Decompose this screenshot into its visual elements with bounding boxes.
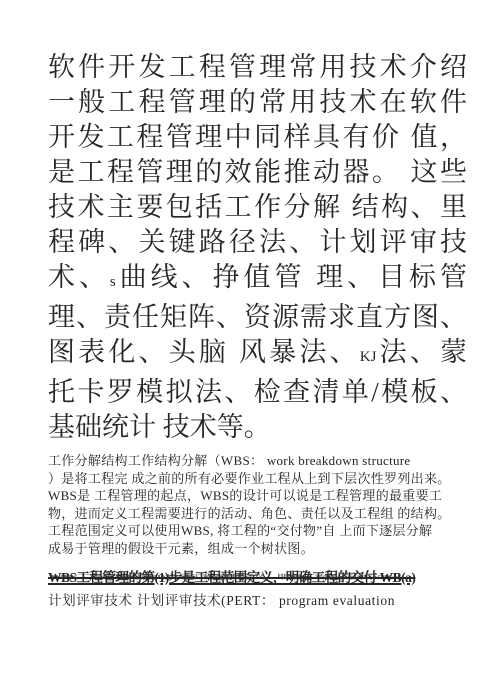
body-line: 物，进而定义工程需要进行的活动、角色、责任以及工程组 的结构。 (48, 505, 474, 523)
headline-text: 软件开发工程管理常用技术介绍 (48, 52, 467, 82)
headline-text: 程碑、关键路径法、计划评审技 (48, 227, 467, 257)
headline-latin-text: KJ (360, 349, 377, 365)
body-line: 工程范围定义可以使用WBS, 将工程的“交付物”自 上而下逐层分解 (48, 522, 474, 540)
headline-text: 托卡罗模拟法、检查清单/模板、 (48, 377, 467, 407)
headline-line: 软件开发工程管理常用技术介绍 (48, 50, 467, 85)
headline-line: 是工程管理的效能推动器。 这些 (48, 155, 467, 190)
headline-text: 一般工程管理的常用技术在软件 (48, 87, 467, 117)
wbs-paragraph: 工作分解结构工作结构分解（WBS： work breakdown structu… (48, 452, 474, 558)
headline-line: 术、s曲线、挣值管 理、目标管 (48, 260, 467, 300)
headline-paragraph: 软件开发工程管理常用技术介绍 一般工程管理的常用技术在软件 开发工程管理中同样具… (48, 50, 467, 445)
headline-text: 技术主要包括工作分解 结构、里 (48, 192, 467, 222)
headline-line: 基础统计 技术等。 (48, 410, 467, 445)
overstruck-ghost-text: WBS工程管理的第(1)步是工程范围定义，明确工程的交付 WB(a) (50, 572, 400, 581)
body-line: WBS是 工程管理的起点，WBS的设计可以说是工程管理的最重要工 (48, 487, 474, 505)
headline-line: 图表化、头脑 风暴法、KJ法、蒙 (48, 335, 467, 375)
document-page: 软件开发工程管理常用技术介绍 一般工程管理的常用技术在软件 开发工程管理中同样具… (0, 0, 500, 678)
body-line: 工作分解结构工作结构分解（WBS： work breakdown structu… (48, 452, 474, 470)
headline-line: 一般工程管理的常用技术在软件 (48, 85, 467, 120)
pert-line: 计划评审技术 计划评审技术(PERT： program evaluation (48, 589, 474, 609)
body-line: 成易于管理的假设干元素，组成一个树状图。 (48, 540, 474, 558)
headline-text: 是工程管理的效能推动器。 这些 (48, 157, 467, 187)
headline-line: 程碑、关键路径法、计划评审技 (48, 225, 467, 260)
headline-text: 理、责任矩阵、资源需求直方图、 (48, 302, 467, 332)
headline-line: 开发工程管理中同样具有价 值， (48, 120, 467, 155)
headline-text: 曲线、挣值管 理、目标管 (116, 262, 467, 292)
headline-text: 术、 (48, 262, 110, 292)
headline-line: 托卡罗模拟法、检查清单/模板、 (48, 375, 467, 410)
body-line: ）是将工程完 成之前的所有必要作业工程从上到下层次性罗列出来。 (48, 470, 474, 488)
overstruck-line: WBS工程管理的第(1)步是工程范围定义，明确工程的交付 WB(a) WBS工程… (48, 566, 474, 586)
headline-line: 理、责任矩阵、资源需求直方图、 (48, 300, 467, 335)
headline-text: 开发工程管理中同样具有价 值， (48, 122, 467, 152)
headline-text: 法、蒙 (376, 337, 467, 367)
headline-text: 基础统计 技术等。 (48, 412, 271, 442)
headline-text: 图表化、头脑 风暴法、 (48, 337, 360, 367)
headline-line: 技术主要包括工作分解 结构、里 (48, 190, 467, 225)
